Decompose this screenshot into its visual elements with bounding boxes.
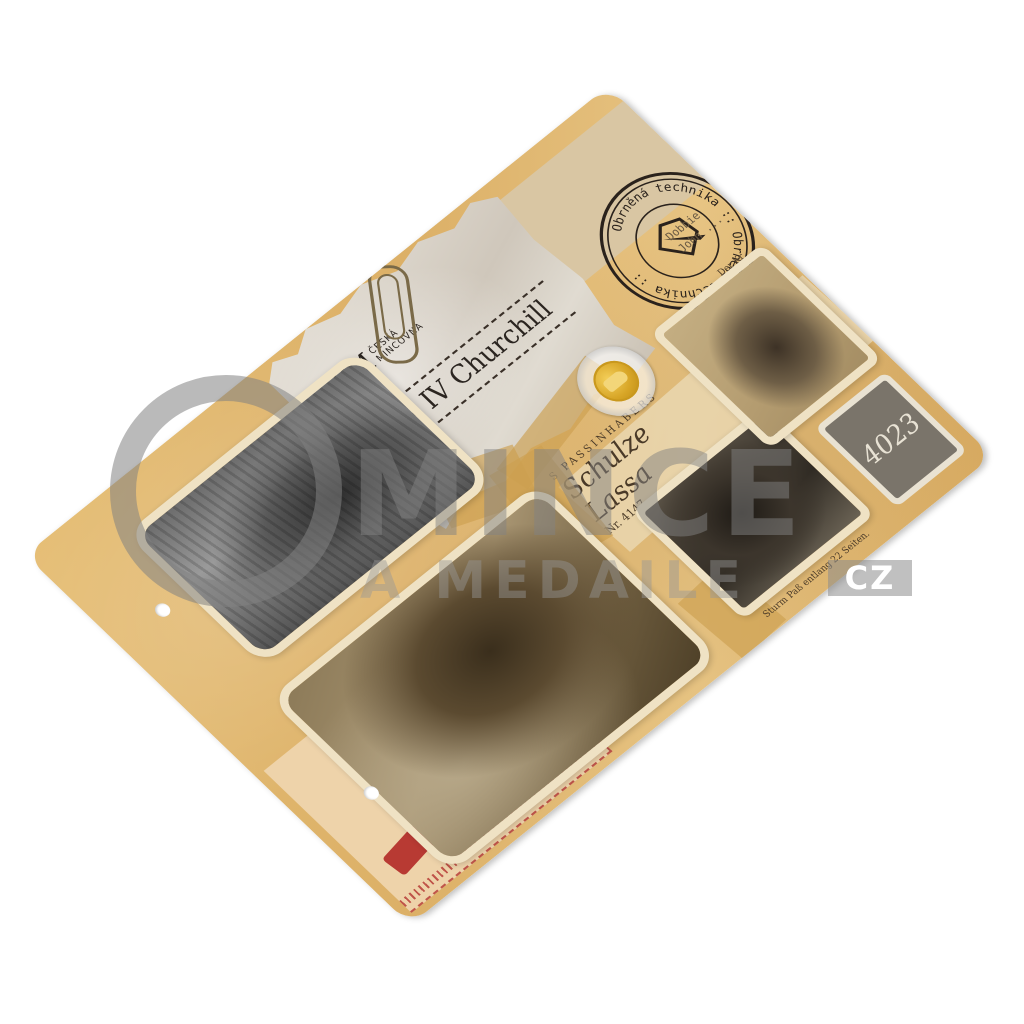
photo-number-4023: 4023	[824, 380, 959, 500]
product-photo-scene: Sachon 42 ČM Česká Mincovna Mk IV Church…	[0, 0, 1024, 1024]
binder-hole	[152, 601, 174, 620]
collector-card: Sachon 42 ČM Česká Mincovna Mk IV Church…	[25, 86, 993, 925]
gold-coin	[584, 353, 649, 410]
tank-relief-icon	[602, 369, 630, 393]
